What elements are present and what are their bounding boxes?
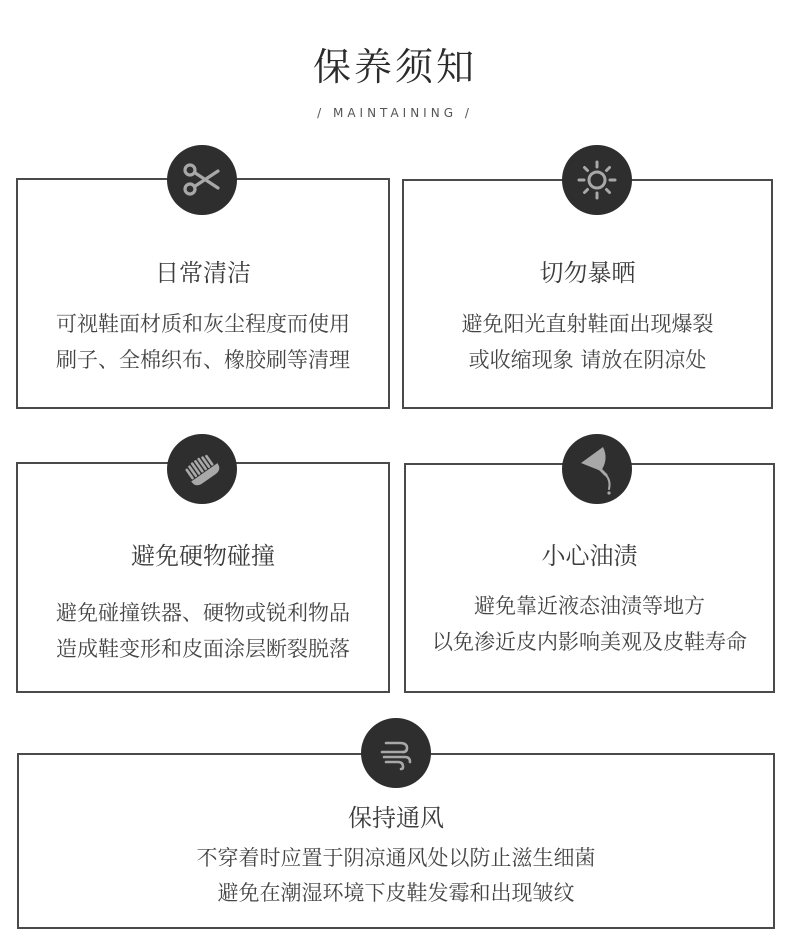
- card-text-line: 可视鞋面材质和灰尘程度而使用: [18, 310, 388, 338]
- wind-icon: [374, 731, 418, 775]
- card-text-line: 避免碰撞铁器、硬物或锐利物品: [18, 599, 388, 627]
- card-title: 小心油渍: [406, 541, 773, 571]
- card-text-line: 避免靠近液态油渍等地方: [406, 592, 773, 620]
- sun-icon: [575, 158, 619, 202]
- card-title: 切勿暴晒: [404, 258, 771, 288]
- page-title: 保养须知: [0, 42, 790, 92]
- card-text-line: 避免阳光直射鞋面出现爆裂: [404, 310, 771, 338]
- badge-oil-funnel: [562, 434, 632, 504]
- card-text-line: 造成鞋变形和皮面涂层断裂脱落: [18, 635, 388, 663]
- scissors-icon: [180, 158, 224, 202]
- card-text-line: 不穿着时应置于阴凉通风处以防止滋生细菌: [19, 844, 773, 872]
- card-text-line: 避免在潮湿环境下皮鞋发霉和出现皱纹: [19, 879, 773, 907]
- card-text-line: 刷子、全棉织布、橡胶刷等清理: [18, 346, 388, 374]
- card-title: 保持通风: [19, 803, 773, 833]
- card-title: 日常清洁: [18, 258, 388, 288]
- badge-sun: [562, 145, 632, 215]
- card-text-line: 以免渗近皮内影响美观及皮鞋寿命: [406, 628, 773, 656]
- card-title: 避免硬物碰撞: [18, 541, 388, 571]
- badge-scissors: [167, 145, 237, 215]
- badge-brush: [167, 434, 237, 504]
- brush-icon: [180, 447, 224, 491]
- card-text-line: 或收缩现象 请放在阴凉处: [404, 346, 771, 374]
- page-subtitle: / MAINTAINING /: [0, 106, 790, 120]
- oil-funnel-icon: [573, 443, 621, 495]
- badge-wind: [361, 718, 431, 788]
